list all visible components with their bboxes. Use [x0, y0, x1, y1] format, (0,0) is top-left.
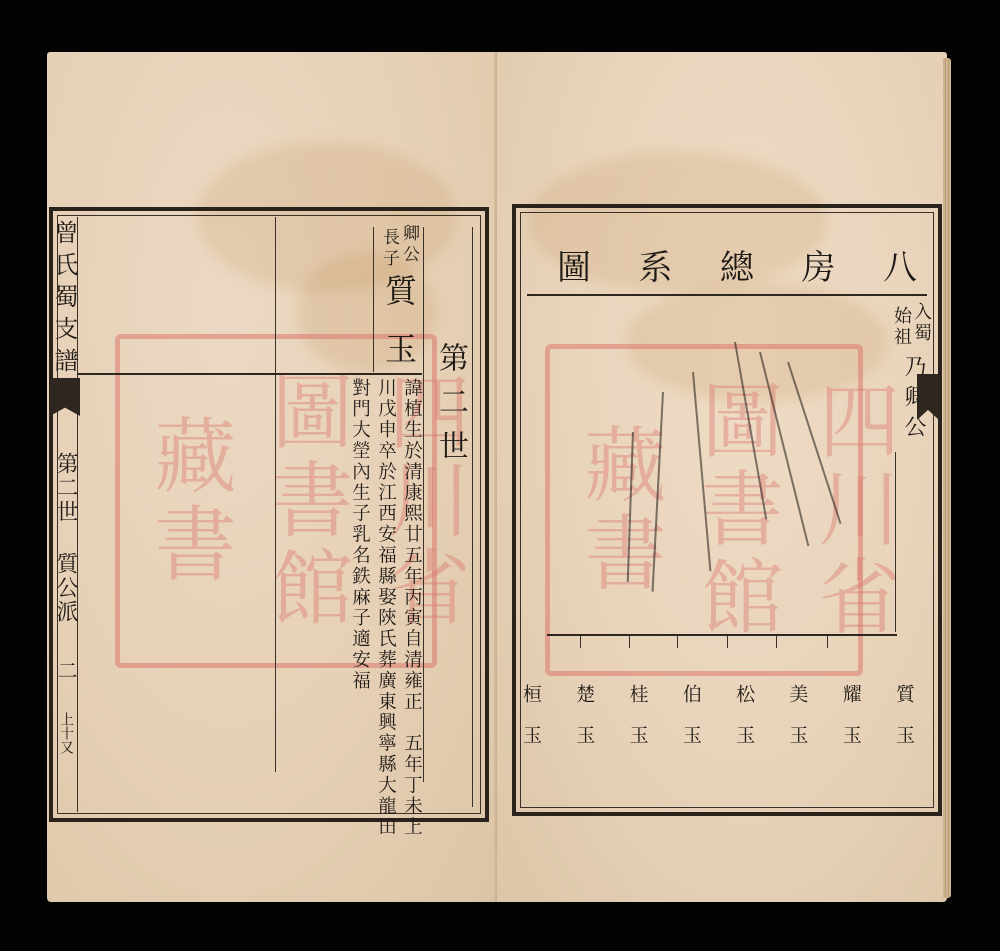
- son-entry: 伯玉: [681, 684, 700, 766]
- son-entry: 耀玉: [841, 684, 860, 766]
- person-name-char1: 質: [383, 274, 415, 306]
- page-edges: [943, 58, 951, 898]
- margin-folio: 上十又: [59, 712, 73, 754]
- margin-juan: 二: [56, 660, 76, 680]
- seal-column: 藏書: [560, 359, 677, 661]
- relation-line1: 卿公: [400, 224, 417, 266]
- chart-title: 八 房 總 系 圖: [557, 240, 917, 289]
- bio-column-2: 川戊申卒於江西安福縣娶陝氏葬廣東興寧縣大龍田: [376, 378, 395, 838]
- title-char: 圖: [557, 240, 591, 289]
- son-entry: 質玉: [894, 684, 913, 766]
- son-entry: 美玉: [787, 684, 806, 766]
- margin-generation: 第二世: [54, 452, 76, 524]
- seal-column: 藏書: [130, 349, 247, 653]
- relation-line2: 長子: [380, 228, 397, 270]
- title-char: 系: [639, 240, 673, 289]
- open-genealogy-book: 曾氏蜀支譜 第二世 質公派 二 上十又 藏書 圖書館 四川省 第二世 卿公 長子…: [47, 52, 947, 902]
- title-char: 八: [883, 240, 917, 289]
- seal-column: 圖書館: [247, 349, 364, 653]
- left-page: 曾氏蜀支譜 第二世 質公派 二 上十又 藏書 圖書館 四川省 第二世 卿公 長子…: [47, 52, 497, 902]
- son-entry: 楚玉: [574, 684, 593, 766]
- title-char: 總: [720, 240, 754, 289]
- ancestor-label-line2: 始祖: [892, 306, 910, 348]
- son-entry: 桓玉: [521, 684, 540, 766]
- generation-heading: 第二世: [435, 342, 465, 474]
- right-page: 八 房 總 系 圖 藏書 圖書館 四川省 入蜀 始祖 乃卿公 質玉 耀玉: [497, 52, 947, 902]
- sons-row: 質玉 耀玉 美玉 松玉 伯玉 桂玉 楚玉 桓玉: [517, 684, 917, 766]
- bio-column-3: 對門大塋內生子乳名鉄麻子適安福: [350, 378, 369, 692]
- son-entry: 松玉: [734, 684, 753, 766]
- margin-branch: 質公派: [54, 552, 76, 624]
- seal-column: 四川省: [794, 359, 911, 661]
- son-entry: 桂玉: [628, 684, 647, 766]
- bio-column-1: 諱植生於清康熙廿五年丙寅自清雍正 五年丁未上: [402, 378, 421, 838]
- margin-book-title: 曾氏蜀支譜: [52, 220, 76, 380]
- ancestor-label-line1: 入蜀: [912, 302, 930, 344]
- title-char: 房: [802, 240, 836, 289]
- person-name-char2: 玉: [383, 332, 415, 364]
